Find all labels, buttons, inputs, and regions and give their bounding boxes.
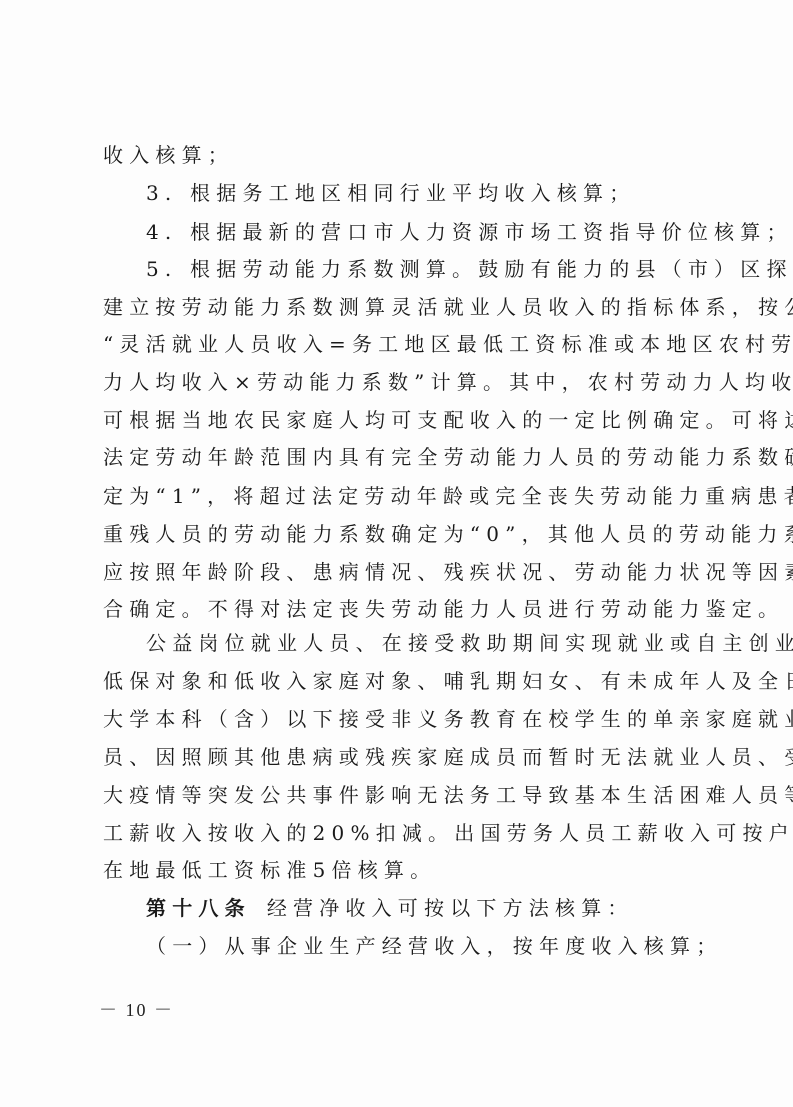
text-line-13: 合确定。不得对法定丧失劳动能力人员进行劳动能力鉴定。: [103, 594, 691, 624]
text-line-10: 定为“1”，将超过法定劳动年龄或完全丧失劳动能力重病患者、: [103, 481, 691, 511]
paragraph-line-7: 在地最低工资标准5倍核算。: [103, 855, 691, 885]
page-number: － 10 －: [99, 998, 174, 1022]
paragraph-line-3: 大学本科（含）以下接受非义务教育在校学生的单亲家庭就业人: [103, 704, 691, 734]
list-item-5: 5. 根据劳动能力系数测算。鼓励有能力的县（市）区探索: [146, 254, 691, 284]
paragraph-line-6: 工薪收入按收入的20%扣减。出国劳务人员工薪收入可按户籍所: [103, 818, 691, 848]
text-line-6: “灵活就业人员收入=务工地区最低工资标准或本地区农村劳动: [103, 329, 691, 359]
text-line-12: 应按照年龄阶段、患病情况、残疾状况、劳动能力状况等因素综: [103, 557, 691, 587]
text-line-9: 法定劳动年龄范围内具有完全劳动能力人员的劳动能力系数确: [103, 442, 691, 472]
text-line-1: 收入核算；: [103, 140, 691, 170]
paragraph-line-5: 大疫情等突发公共事件影响无法务工导致基本生活困难人员等: [103, 780, 691, 810]
text-line-8: 可根据当地农民家庭人均可支配收入的一定比例确定。可将达到: [103, 405, 691, 435]
text-line-11: 重残人员的劳动能力系数确定为“0”，其他人员的劳动能力系数: [103, 519, 691, 549]
list-item-4: 4. 根据最新的营口市人力资源市场工资指导价位核算；: [146, 217, 691, 247]
article-text: 经营净收入可按以下方法核算：: [267, 896, 634, 920]
article-heading: 第十八条: [146, 896, 251, 920]
document-page: 收入核算； 3. 根据务工地区相同行业平均收入核算； 4. 根据最新的营口市人力…: [0, 0, 793, 1107]
article-18: 第十八条经营净收入可按以下方法核算：: [146, 893, 691, 923]
text-line-7: 力人均收入×劳动能力系数”计算。其中，农村劳动力人均收入: [103, 367, 691, 397]
article-item-one: （一）从事企业生产经营收入，按年度收入核算；: [146, 931, 691, 961]
list-item-3: 3. 根据务工地区相同行业平均收入核算；: [146, 178, 691, 208]
paragraph-line-1: 公益岗位就业人员、在接受救助期间实现就业或自主创业的: [146, 628, 691, 658]
text-line-5: 建立按劳动能力系数测算灵活就业人员收入的指标体系，按公式: [103, 292, 691, 322]
paragraph-line-4: 员、因照顾其他患病或残疾家庭成员而暂时无法就业人员、受重: [103, 742, 691, 772]
paragraph-line-2: 低保对象和低收入家庭对象、哺乳期妇女、有未成年人及全日制: [103, 666, 691, 696]
